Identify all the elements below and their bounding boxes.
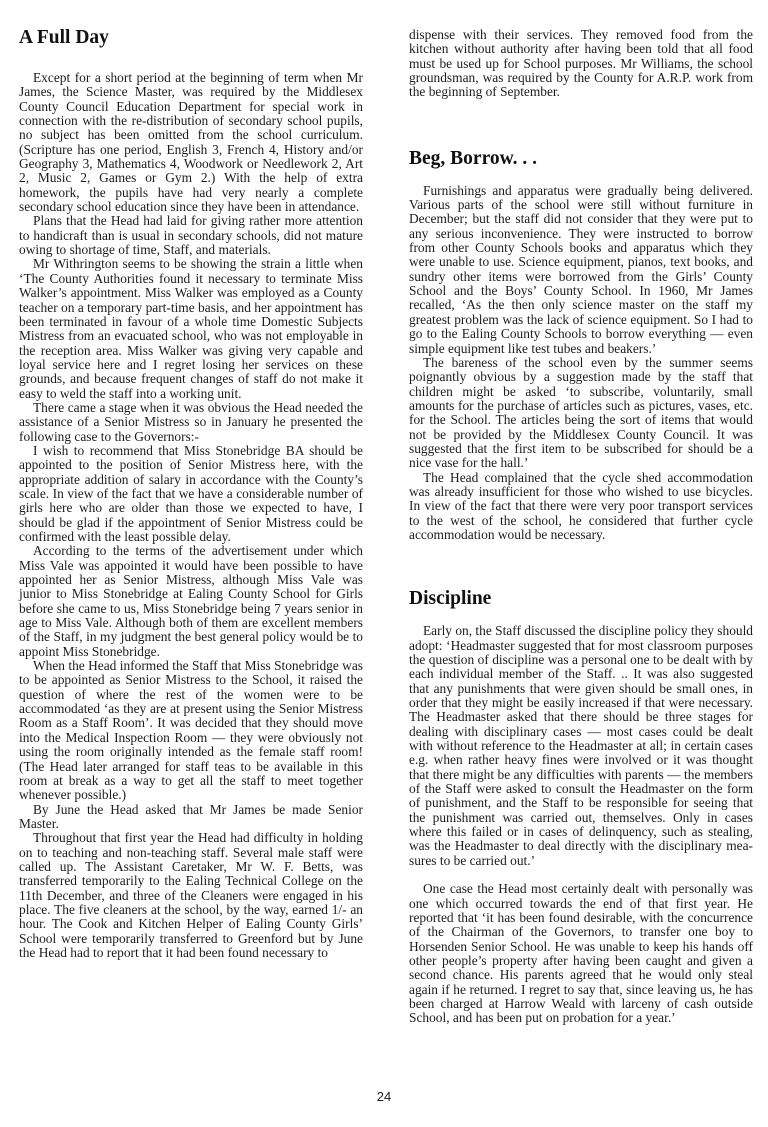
paragraph-continuation: dispense with their services. They remov… [409,28,753,100]
paragraph: The bareness of the school even by the s… [409,356,753,471]
paragraph: Mr Withrington seems to be showing the s… [19,257,363,400]
paragraph: There came a stage when it was obvious t… [19,401,363,444]
paragraph: When the Head informed the Staff that Mi… [19,659,363,802]
left-column: A Full Day Except for a short period at … [19,0,363,960]
paragraph: Plans that the Head had laid for giving … [19,214,363,257]
paragraph: According to the terms of the advertisem… [19,544,363,659]
paragraph: Early on, the Staff discussed the discip… [409,624,753,868]
page-number: 24 [0,1089,768,1104]
paragraph: I wish to recommend that Miss Stonebridg… [19,444,363,544]
section-title-a-full-day: A Full Day [19,27,363,49]
section-title-beg-borrow: Beg, Borrow. . . [409,148,753,170]
paragraph: Furnishings and apparatus were gradually… [409,184,753,356]
paragraph: Except for a short period at the beginni… [19,71,363,214]
section-title-discipline: Discipline [409,588,753,610]
paragraph: The Head complained that the cycle shed … [409,471,753,543]
paragraph: Throughout that first year the Head had … [19,831,363,960]
paragraph: One case the Head most certainly dealt w… [409,882,753,1025]
right-column: dispense with their services. They remov… [409,0,753,1026]
paragraph: By June the Head asked that Mr James be … [19,803,363,832]
